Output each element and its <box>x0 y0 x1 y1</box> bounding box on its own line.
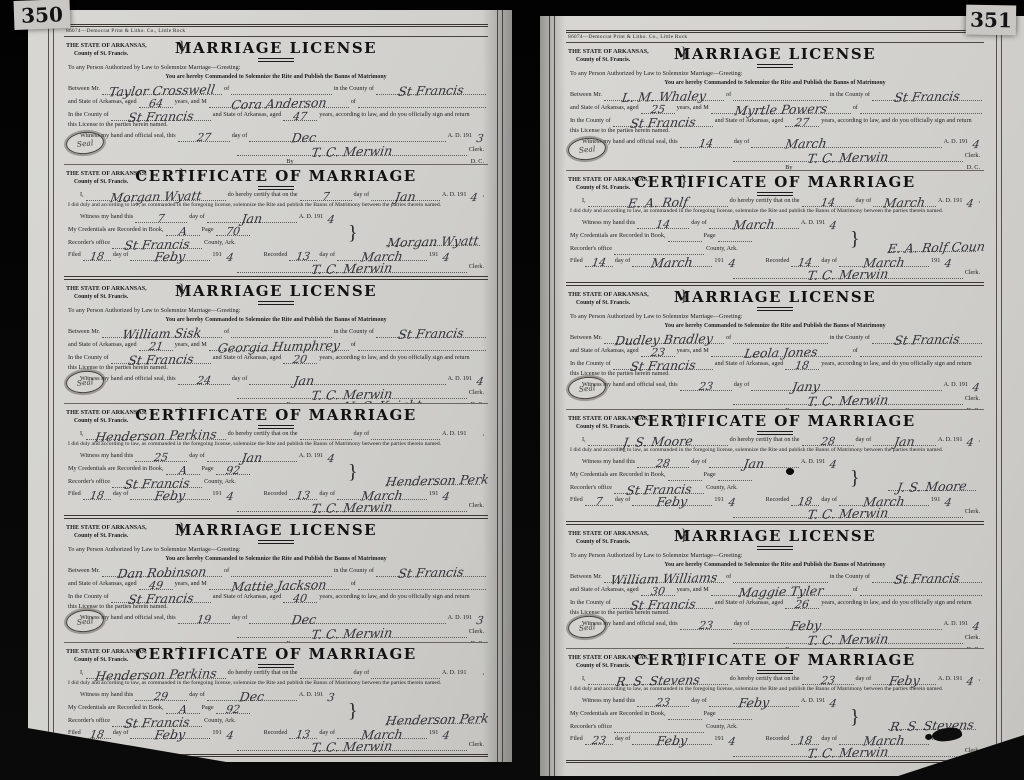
printed-text: day of <box>230 130 250 142</box>
groom-age-blank: 64 <box>139 96 173 108</box>
printed-text: A. D. 191 <box>297 211 325 223</box>
dotted-leader <box>861 379 941 391</box>
form-header: THE STATE OF ARKANSAS, County of St. Fra… <box>568 45 982 69</box>
witness-month-blank: March <box>709 217 799 229</box>
county-line: County of St. Francis. <box>66 293 147 301</box>
printed-text: day of <box>732 379 752 391</box>
printed-text: in the County of <box>332 565 376 577</box>
ceremony-day-blank: 23 <box>802 673 854 685</box>
brace-glyph: } <box>680 45 688 63</box>
county-line: County of St. Francis. <box>568 299 649 307</box>
license-year: 4 <box>473 376 487 387</box>
printed-text: My Credentials are Recorded in Book, <box>66 702 166 714</box>
printed-text: day of <box>689 456 709 468</box>
printed-text: Filed <box>66 488 83 500</box>
state-line: THE STATE OF ARKANSAS, <box>66 409 147 417</box>
recorder-office-blank <box>614 721 704 733</box>
groom-county-blank: St Francis <box>872 571 982 583</box>
deputy-signature-line <box>296 155 469 164</box>
license-day-blank: 27 <box>178 130 230 142</box>
printed-text: 191 <box>210 727 223 739</box>
filed-month: Feby <box>129 489 211 502</box>
printed-text: Filed <box>568 255 585 267</box>
filed-day-blank: 18 <box>83 249 111 261</box>
license-month-blank: Feby <box>751 618 861 630</box>
state-county-block: THE STATE OF ARKANSAS, County of St. Fra… <box>568 176 649 192</box>
ceremony-month-blank: Jan <box>371 189 440 201</box>
state-county-block: THE STATE OF ARKANSAS, County of St. Fra… <box>66 648 147 664</box>
printed-text: Page <box>702 708 718 720</box>
state-county-block: THE STATE OF ARKANSAS, County of St. Fra… <box>66 285 147 301</box>
dotted-leader <box>861 618 941 630</box>
brace-glyph: } <box>178 521 186 539</box>
credentials-page-blank <box>718 230 752 242</box>
marriage-license-form: THE STATE OF ARKANSAS, County of St. Fra… <box>64 515 488 642</box>
bride-county-blank: St Francis <box>111 352 211 364</box>
printed-text: Between Mr. <box>66 565 102 577</box>
printed-text: A. D. 191 <box>446 612 474 624</box>
printed-text: day of <box>689 695 709 707</box>
printed-text: A. D. 191 <box>440 667 468 679</box>
state-county-block: THE STATE OF ARKANSAS, County of St. Fra… <box>568 291 649 307</box>
license-day: 19 <box>177 613 231 625</box>
ceremony-month-blank <box>371 428 440 440</box>
printed-text: Clerk. <box>963 745 982 757</box>
credentials-block: My Credentials are Recorded in Book, Pag… <box>568 707 982 732</box>
printed-text: in the County of <box>828 89 872 101</box>
printed-text: , <box>480 428 486 440</box>
ceremony-month: Jan <box>872 435 937 448</box>
printed-text: day of <box>187 450 207 462</box>
printed-text: of <box>724 89 733 101</box>
printed-text: 191 <box>712 494 725 506</box>
license-day: 24 <box>177 374 231 386</box>
credentials-book-blank: A <box>166 702 200 714</box>
witness-day-blank: 23 <box>637 695 689 707</box>
printed-text: Filed <box>66 249 83 261</box>
printed-text: Witness my hand this <box>78 450 135 462</box>
printed-text: day of <box>352 189 372 201</box>
brace-glyph: } <box>178 167 186 185</box>
brace-glyph: } <box>178 39 186 57</box>
groom-name-blank: William Williams <box>604 571 724 583</box>
greeting-line: To any Person Authorized by Law to Solem… <box>66 306 242 315</box>
printed-text: A. D. 191 <box>440 428 468 440</box>
form-header: THE STATE OF ARKANSAS, County of St. Fra… <box>66 406 486 427</box>
left-page: 86074—Democrat Print & Litho. Co., Littl… <box>28 10 512 762</box>
marriage-license-form: THE STATE OF ARKANSAS, County of St. Fra… <box>64 276 488 403</box>
groom-age: 49 <box>138 580 174 592</box>
printed-text: Filed <box>568 733 585 745</box>
credentials-page: 70 <box>215 226 251 238</box>
brace-glyph: } <box>348 222 358 245</box>
printed-text: Clerk. <box>963 506 982 518</box>
officiant-signature: Henderson Perkins <box>385 474 481 487</box>
license-day-blank: 24 <box>178 373 230 385</box>
ceremony-day: 23 <box>801 674 855 686</box>
printed-text: in the County of <box>332 326 376 338</box>
printed-text: County, Ark. <box>202 237 238 249</box>
ceremony-day: 7 <box>299 190 353 202</box>
recorder-office-blank: St Francis <box>112 476 202 488</box>
printed-text: do hereby certify that on the <box>226 667 300 679</box>
printed-text: A. D. 191 <box>942 379 970 391</box>
officiant-name-blank: R. S. Stevens <box>588 673 728 685</box>
county-line: County of St. Francis. <box>568 423 649 431</box>
command-line: You are hereby Commanded to Solemnize th… <box>662 321 887 331</box>
printed-text: 191 <box>210 488 223 500</box>
state-line: THE STATE OF ARKANSAS, <box>568 291 649 299</box>
filed-month-blank: Feby <box>130 727 210 739</box>
groom-county-blank: St Francis <box>376 83 486 95</box>
filed-month-blank: Feby <box>130 488 210 500</box>
credentials-book-blank: A <box>166 224 200 236</box>
printed-text: day of <box>854 673 874 685</box>
ceremony-day: 14 <box>801 196 855 208</box>
printed-text: My Credentials are Recorded in Book, <box>66 463 166 475</box>
printed-text: Witness my hand this <box>580 217 637 229</box>
filed-day: 23 <box>584 735 614 747</box>
printed-text: A. D. 191 <box>297 450 325 462</box>
dotted-leader <box>231 565 331 577</box>
bride-name-blank: Myrtle Powers <box>711 102 851 114</box>
filed-month: March <box>631 256 713 269</box>
groom-county-blank: St Francis <box>376 326 486 338</box>
seal-text: Seal <box>578 144 595 155</box>
printed-text: D. C. <box>469 752 486 754</box>
credentials-block: My Credentials are Recorded in Book, A P… <box>66 701 486 726</box>
filed-month: Feby <box>129 728 211 741</box>
printed-text: A. D. 191 <box>942 618 970 630</box>
bride-county-blank: St Francis <box>111 109 211 121</box>
margin-rule <box>996 16 997 776</box>
page-number-351: 351 <box>966 5 1017 36</box>
officiant-signature: J. S. Moore <box>887 480 977 493</box>
ceremony-day: 28 <box>801 435 855 447</box>
ceremony-month: Feby <box>872 674 937 687</box>
printed-text: A. D. 191 <box>440 189 468 201</box>
printed-text: of <box>724 571 733 583</box>
state-line: THE STATE OF ARKANSAS, <box>66 648 147 656</box>
state-county-block: THE STATE OF ARKANSAS, County of St. Fra… <box>568 48 649 64</box>
filed-year: 4 <box>223 252 237 263</box>
form-header: THE STATE OF ARKANSAS, County of St. Fra… <box>66 645 486 666</box>
printed-text: do hereby certify that on the <box>728 673 802 685</box>
brace-glyph: } <box>348 461 358 484</box>
margin-rule <box>48 10 49 762</box>
printed-text: Clerk. <box>963 393 982 405</box>
brace-glyph: } <box>680 288 688 306</box>
ceremony-day-blank: 7 <box>300 189 352 201</box>
county-line: County of St. Francis. <box>568 538 649 546</box>
license-day-blank: 23 <box>680 379 732 391</box>
witness-month-blank: Jan <box>207 211 297 223</box>
state-line: THE STATE OF ARKANSAS, <box>568 415 649 423</box>
county-line: County of St. Francis. <box>66 656 147 664</box>
clerk-signature-line: T. C. Merwin <box>733 744 963 757</box>
filed-year: 4 <box>223 730 237 741</box>
county-line: County of St. Francis. <box>568 662 649 670</box>
bride-name-blank: Georgia Humphrey <box>209 339 349 351</box>
printed-text: , <box>480 667 486 679</box>
printed-text: Clerk. <box>467 626 486 638</box>
printed-text: D. C. <box>965 758 982 760</box>
printed-text: A. D. 191 <box>936 195 964 207</box>
printed-text: Page <box>200 463 216 475</box>
license-day: 23 <box>679 380 733 392</box>
printed-text: day of <box>230 373 250 385</box>
county-line: County of St. Francis. <box>568 184 649 192</box>
officiant-signature-line: Henderson Perkins <box>386 471 480 485</box>
credentials-book-blank <box>668 230 702 242</box>
printed-text: of <box>222 565 231 577</box>
form-column: 86074—Democrat Print & Litho. Co., Littl… <box>64 24 488 757</box>
printed-text: years, and M <box>675 345 711 357</box>
certificate-of-marriage-form: THE STATE OF ARKANSAS, County of St. Fra… <box>566 648 984 760</box>
groom-age: 25 <box>640 104 676 116</box>
witness-day-blank: 14 <box>637 217 689 229</box>
ceremony-month-blank: Feby <box>873 673 936 685</box>
printed-text: years, and M <box>173 578 209 590</box>
seal-text: Seal <box>76 377 93 388</box>
printed-text: Clerk. <box>963 632 982 644</box>
printed-text: Recorder's office <box>568 243 614 255</box>
printed-text: County, Ark. <box>704 243 740 255</box>
filed-day-blank: 14 <box>585 255 613 267</box>
recorder-office-blank: St Francis <box>112 715 202 727</box>
witness-day-blank: 29 <box>135 689 187 701</box>
ceremony-year: 4 <box>964 437 978 448</box>
officiant-name-blank: J. S. Moore <box>588 434 728 446</box>
command-line: You are hereby Commanded to Solemnize th… <box>662 560 887 570</box>
state-county-block: THE STATE OF ARKANSAS, County of St. Fra… <box>66 524 147 540</box>
printed-text: In the County of <box>66 591 111 603</box>
printed-text: D. C. <box>965 163 982 170</box>
bride-name: Georgia Humphrey <box>208 339 350 354</box>
officiant-signature: Morgan Wyatt <box>385 235 481 248</box>
printed-text: Witness my hand this <box>78 211 135 223</box>
dotted-leader <box>733 571 827 583</box>
printed-text: , <box>976 434 982 446</box>
groom-age: 21 <box>138 341 174 353</box>
credentials-page-blank: 92 <box>216 702 250 714</box>
ceremony-year: 4 <box>468 192 482 203</box>
greeting-line: To any Person Authorized by Law to Solem… <box>66 545 242 554</box>
clerk-signature-line: T. C. Merwin <box>237 260 467 273</box>
bride-age-blank: 27 <box>785 115 819 127</box>
bride-age: 18 <box>784 360 820 372</box>
state-county-block: THE STATE OF ARKANSAS, County of St. Fra… <box>66 42 147 58</box>
printed-text: 191 <box>712 255 725 267</box>
officiant-signature-line: R. S. Stevens <box>888 716 976 730</box>
filed-day: 18 <box>82 729 112 741</box>
printed-text: Recorder's office <box>568 482 614 494</box>
printed-text: My Credentials are Recorded in Book, <box>568 708 668 720</box>
printed-text: Clerk. <box>963 150 982 162</box>
greeting-line: To any Person Authorized by Law to Solem… <box>66 63 242 72</box>
county-line: County of St. Francis. <box>66 178 147 186</box>
printed-text: Witness my hand this <box>580 695 637 707</box>
printed-text: do hereby certify that on the <box>728 195 802 207</box>
ceremony-year: 4 <box>964 198 978 209</box>
license-day-blank: 19 <box>178 612 230 624</box>
brace-glyph: } <box>680 527 688 545</box>
clerk-signature-line: T. C. Merwin <box>237 499 467 512</box>
printed-text: , <box>976 673 982 685</box>
filed-day: 18 <box>82 490 112 502</box>
certificate-of-marriage-form: THE STATE OF ARKANSAS, County of St. Fra… <box>64 642 488 754</box>
filed-day-blank: 18 <box>83 727 111 739</box>
printer-mark: 86074—Democrat Print & Litho. Co., Littl… <box>64 24 488 37</box>
printed-text: in the County of <box>332 83 376 95</box>
witness-day-blank: 25 <box>135 450 187 462</box>
credentials-page: 92 <box>215 465 251 477</box>
margin-rule <box>53 10 54 762</box>
seal-text: Seal <box>578 383 595 394</box>
printed-text: day of <box>352 428 372 440</box>
state-county-block: THE STATE OF ARKANSAS, County of St. Fra… <box>568 530 649 546</box>
certificate-of-marriage-form: THE STATE OF ARKANSAS, County of St. Fra… <box>64 164 488 276</box>
margin-rule <box>1001 16 1002 776</box>
groom-name-blank: Dan Robinson <box>102 565 222 577</box>
groom-county-blank: St Francis <box>872 89 982 101</box>
printed-text: In the County of <box>66 109 111 121</box>
groom-age-blank: 21 <box>139 339 173 351</box>
bride-name-blank: Maggie Tyler <box>711 584 851 596</box>
officiant-signature: Henderson Perkins <box>385 713 481 726</box>
dotted-leader <box>231 83 331 95</box>
marriage-license-form: THE STATE OF ARKANSAS, County of St. Fra… <box>64 37 488 164</box>
form-header: THE STATE OF ARKANSAS, County of St. Fra… <box>66 39 486 63</box>
clerk-signature-line: T. C. Merwin <box>237 738 467 751</box>
marriage-license-form: THE STATE OF ARKANSAS, County of St. Fra… <box>566 282 984 409</box>
witness-month-blank: Jan <box>207 450 297 462</box>
form-header: THE STATE OF ARKANSAS, County of St. Fra… <box>66 167 486 188</box>
ceremony-day-blank <box>300 667 352 679</box>
credentials-block: My Credentials are Recorded in Book, Pag… <box>568 468 982 493</box>
state-line: THE STATE OF ARKANSAS, <box>66 42 147 50</box>
printed-text: In the County of <box>568 115 613 127</box>
credentials-page-blank: 92 <box>216 463 250 475</box>
printed-text: do hereby certify that on the <box>226 428 300 440</box>
credentials-block: My Credentials are Recorded in Book, A P… <box>66 462 486 487</box>
printed-text: years, according to law, and do you offi… <box>819 597 973 609</box>
brace-glyph: } <box>680 173 688 191</box>
printed-text: of <box>222 83 231 95</box>
brace-glyph: } <box>850 228 860 251</box>
ceremony-year: 4 <box>964 676 978 687</box>
groom-age: 64 <box>138 98 174 110</box>
printed-text: day of <box>352 667 372 679</box>
dotted-leader <box>733 89 827 101</box>
state-line: THE STATE OF ARKANSAS, <box>66 524 147 532</box>
brace-glyph: } <box>178 282 186 300</box>
form-header: THE STATE OF ARKANSAS, County of St. Fra… <box>66 282 486 306</box>
filed-month: Feby <box>129 250 211 263</box>
printed-text: Page <box>200 702 216 714</box>
ceremony-month: March <box>872 196 937 209</box>
bride-county-blank: St Francis <box>613 358 713 370</box>
printed-text: Clerk. <box>467 739 486 751</box>
filed-day-blank: 7 <box>585 494 613 506</box>
printed-text: My Credentials are Recorded in Book, <box>66 224 166 236</box>
form-header: THE STATE OF ARKANSAS, County of St. Fra… <box>568 412 982 433</box>
form-column: 86074—Democrat Print & Litho. Co., Littl… <box>566 30 984 763</box>
printed-text: , <box>480 189 486 201</box>
greeting-line: To any Person Authorized by Law to Solem… <box>568 551 744 560</box>
greeting-line: To any Person Authorized by Law to Solem… <box>568 312 744 321</box>
seal-text: Seal <box>76 616 93 627</box>
license-day: 23 <box>679 619 733 631</box>
groom-name-blank: Taylor Crosswell <box>102 83 222 95</box>
printed-text: day of <box>187 211 207 223</box>
ceremony-month: Jan <box>370 190 441 203</box>
printed-text: In the County of <box>568 358 613 370</box>
license-day-blank: 23 <box>680 618 732 630</box>
license-month-blank: Dec <box>249 130 359 142</box>
printed-text: A. D. 191 <box>799 217 827 229</box>
groom-age-blank: 23 <box>641 345 675 357</box>
filed-day: 7 <box>584 496 614 508</box>
printed-text: County, Ark. <box>202 476 238 488</box>
certificate-of-marriage-form: THE STATE OF ARKANSAS, County of St. Fra… <box>566 409 984 521</box>
page-number-350: 350 <box>14 0 71 30</box>
printed-text: day of <box>187 689 207 701</box>
printed-text: of <box>349 339 358 351</box>
printed-text: County, Ark. <box>704 482 740 494</box>
brace-glyph: } <box>850 706 860 729</box>
printed-text: Filed <box>66 727 83 739</box>
license-month-blank: Dec <box>249 612 359 624</box>
filed-day-blank: 18 <box>83 488 111 500</box>
printed-text: A. D. 191 <box>297 689 325 701</box>
command-line: You are hereby Commanded to Solemnize th… <box>163 72 388 82</box>
dotted-leader <box>861 136 941 148</box>
dotted-leader <box>359 612 445 624</box>
license-year: 4 <box>969 382 983 393</box>
printed-text: Recorder's office <box>66 715 112 727</box>
state-line: THE STATE OF ARKANSAS, <box>568 176 649 184</box>
printed-text: Recorder's office <box>66 237 112 249</box>
printed-text: do hereby certify that on the <box>226 189 300 201</box>
groom-age-blank: 30 <box>641 584 675 596</box>
filed-month: Feby <box>631 495 713 508</box>
printed-text: Witness my hand this <box>580 456 637 468</box>
bride-age-blank: 20 <box>283 352 317 364</box>
license-month-blank: Jan <box>249 373 359 385</box>
credentials-page: 92 <box>215 704 251 716</box>
bride-name-blank: Cora Anderson <box>209 96 349 108</box>
printed-text: years, according to law, and do you offi… <box>317 591 471 603</box>
officiant-name-blank: Henderson Perkins <box>86 428 226 440</box>
certificate-of-marriage-form: THE STATE OF ARKANSAS, County of St. Fra… <box>566 170 984 282</box>
officiant-signature-line: Morgan Wyatt <box>386 232 480 246</box>
county-line: County of St. Francis. <box>66 532 147 540</box>
printed-text: of <box>851 102 860 114</box>
printed-text: A. D. 191 <box>799 695 827 707</box>
brace-glyph: } <box>680 651 688 669</box>
bride-county-blank: St Francis <box>613 115 713 127</box>
printed-text: day of <box>854 434 874 446</box>
bride-age-blank: 40 <box>283 591 317 603</box>
brace-glyph: } <box>850 467 860 490</box>
filed-month-blank: March <box>632 255 712 267</box>
officiant-signature-line: J. S. Moore <box>888 477 976 491</box>
state-line: THE STATE OF ARKANSAS, <box>568 530 649 538</box>
groom-age: 30 <box>640 586 676 598</box>
state-county-block: THE STATE OF ARKANSAS, County of St. Fra… <box>66 409 147 425</box>
printed-text: Recorder's office <box>66 476 112 488</box>
